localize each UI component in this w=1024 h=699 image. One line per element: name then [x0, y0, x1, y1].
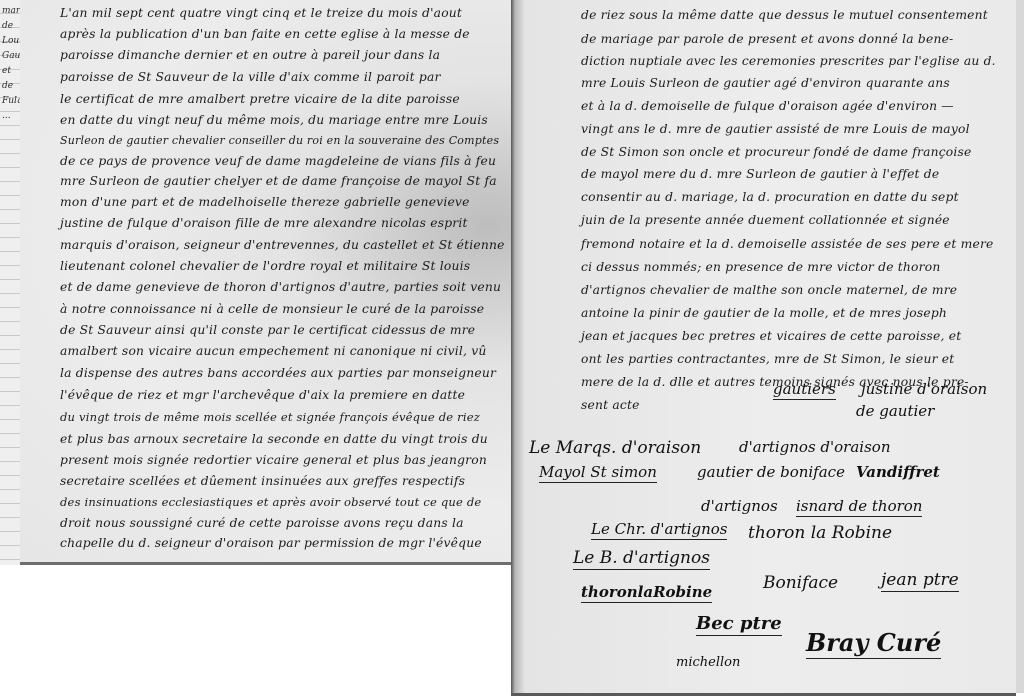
text-line: l'évêque de riez et mgr l'archevêque d'a…: [60, 388, 465, 402]
signature: Boniface: [763, 573, 838, 593]
text-line: de ce pays de provence veuf de dame magd…: [60, 154, 496, 168]
signature: Le Chr. d'artignos: [591, 520, 727, 540]
text-line: en datte du vingt neuf du même mois, du …: [60, 113, 488, 127]
text-line: et à la d. demoiselle de fulque d'oraiso…: [581, 99, 954, 113]
text-line: amalbert son vicaire aucun empechement n…: [60, 344, 487, 358]
signature: d'artignos: [701, 497, 778, 515]
manuscript-page-left: L'an mil sept cent quatre vingt cinq et …: [20, 0, 513, 565]
signature: jean ptre: [881, 570, 959, 592]
text-line: sent acte: [581, 398, 640, 412]
text-line: du vingt trois de même mois scellée et s…: [60, 410, 480, 424]
text-line: d'artignos chevalier de malthe son oncle…: [581, 283, 957, 297]
text-line: Surleon de gautier chevalier conseiller …: [60, 134, 499, 147]
text-line: lieutenant colonel chevalier de l'ordre …: [60, 259, 470, 273]
signature: Mayol St simon: [539, 463, 657, 483]
manuscript-page-right: de riez sous la même datte que dessus le…: [511, 0, 1016, 696]
text-line: droit nous soussigné curé de cette paroi…: [60, 516, 464, 530]
text-line: de St Sauveur ainsi qu'il conste par le …: [60, 323, 475, 337]
text-line: de St Simon son oncle et procureur fondé…: [581, 145, 972, 159]
text-line: antoine la pinir de gautier de la molle,…: [581, 306, 947, 320]
text-line: justine de fulque d'oraison fille de mre…: [60, 216, 468, 230]
signature: thoronlaRobine: [581, 583, 712, 603]
signature: michellon: [676, 655, 740, 670]
text-line: vingt ans le d. mre de gautier assisté d…: [581, 122, 970, 136]
text-line: marquis d'oraison, seigneur d'entrevenne…: [60, 238, 505, 252]
text-line: present mois signée redortier vicaire ge…: [60, 453, 487, 467]
signature: Le B. d'artignos: [573, 548, 710, 570]
text-line: et de dame genevieve de thoron d'artigno…: [60, 280, 501, 294]
signature: gautier de boniface: [697, 463, 845, 481]
text-line: ci dessus nommés; en presence de mre vic…: [581, 260, 940, 274]
signature-cure: Bray Curé: [806, 628, 941, 659]
text-line: diction nuptiale avec les ceremonies pre…: [581, 54, 996, 68]
text-line: jean et jacques bec pretres et vicaires …: [581, 329, 961, 343]
text-line: de mayol mere du d. mre Surleon de gauti…: [581, 167, 939, 181]
text-line: mre Louis Surleon de gautier agé d'envir…: [581, 76, 950, 90]
text-line: secretaire scellées et dûement insinuées…: [60, 474, 465, 488]
text-line: la dispense des autres bans accordées au…: [60, 366, 496, 380]
text-line: L'an mil sept cent quatre vingt cinq et …: [60, 6, 462, 20]
text-line: juin de la presente année duement collat…: [581, 213, 950, 227]
signature: Le Marqs. d'oraison: [529, 438, 701, 458]
signature: d'artignos d'oraison: [739, 438, 890, 456]
text-line: à notre connoissance ni à celle de monsi…: [60, 302, 484, 316]
text-line: paroisse dimanche dernier et en outre à …: [60, 48, 440, 62]
text-line: fremond notaire et la d. demoiselle assi…: [581, 237, 994, 251]
signature: de gautier: [856, 402, 934, 420]
text-line: mre Surleon de gautier chelyer et de dam…: [60, 174, 497, 188]
signature: thoron la Robine: [748, 523, 892, 543]
signature: gautiers: [773, 380, 836, 400]
text-line: consentir au d. mariage, la d. procurati…: [581, 190, 959, 204]
text-line: chapelle du d. seigneur d'oraison par pe…: [60, 536, 482, 550]
signature: justine d'oraison: [861, 380, 987, 398]
text-line: paroisse de St Sauveur de la ville d'aix…: [60, 70, 441, 84]
signature: isnard de thoron: [796, 497, 922, 517]
text-line: ont les parties contractantes, mre de St…: [581, 352, 954, 366]
text-line: mon d'une part et de madelhoiselle there…: [60, 195, 470, 209]
signature: Vandiffret: [856, 463, 940, 481]
text-line: le certificat de mre amalbert pretre vic…: [60, 92, 460, 106]
text-line: des insinuations ecclesiastiques et aprè…: [60, 495, 481, 509]
signature: Bec ptre: [696, 613, 782, 636]
text-line: après la publication d'un ban faite en c…: [60, 27, 470, 41]
text-line: et plus bas arnoux secretaire la seconde…: [60, 432, 488, 446]
text-line: de mariage par parole de present et avon…: [581, 32, 953, 46]
text-line: de riez sous la même datte que dessus le…: [581, 8, 988, 22]
